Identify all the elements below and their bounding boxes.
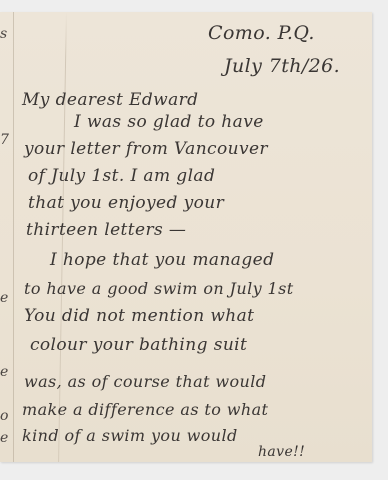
letter-line: I was so glad to have — [74, 112, 264, 132]
left-page-fragment: e — [0, 364, 8, 380]
letter-line: to have a good swim on July 1st — [24, 279, 294, 298]
letter-line: kind of a swim you would — [22, 426, 238, 445]
left-page-fragment: o — [0, 408, 8, 424]
letter-line: I hope that you managed — [50, 250, 274, 270]
letter-line: was, as of course that would — [24, 372, 266, 391]
letter-line: make a difference as to what — [22, 400, 268, 419]
left-page-fragment: e — [0, 430, 8, 446]
letter-line: have!! — [258, 444, 305, 460]
letter-line: colour your bathing suit — [30, 335, 247, 355]
salutation: My dearest Edward — [22, 90, 198, 110]
left-page-fragment: 7 — [0, 132, 9, 148]
letter-line: that you enjoyed your — [28, 193, 224, 213]
left-page-fragment: s — [0, 26, 7, 42]
letter-line: thirteen letters — — [26, 220, 186, 240]
letter-line: You did not mention what — [24, 306, 254, 326]
letter-place: Como. P.Q. — [208, 22, 315, 44]
letter-date: July 7th/26. — [224, 55, 340, 77]
letter-line: your letter from Vancouver — [24, 139, 268, 159]
page-fold-line — [13, 12, 14, 462]
left-page-fragment: e — [0, 290, 8, 306]
letter-line: of July 1st. I am glad — [28, 166, 215, 186]
